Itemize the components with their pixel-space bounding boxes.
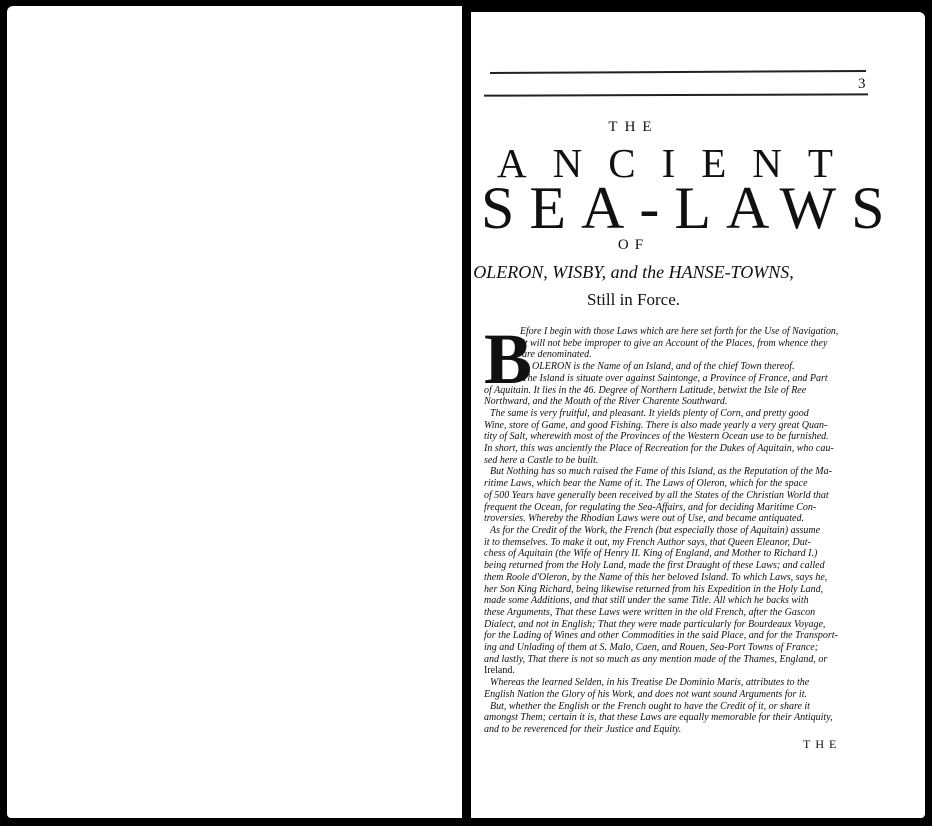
- text-line: chess of Aquitain (the Wife of Henry II.…: [484, 548, 817, 560]
- text-line: The same is very fruitful, and pleasant.…: [490, 408, 809, 420]
- text-line: troversies. Whereby the Rhodian Laws wer…: [484, 513, 804, 525]
- text-line: sed here a Castle to be built.: [484, 455, 598, 467]
- text-line: are denominated.: [522, 349, 592, 361]
- text-line: Dialect, and not in English; That they w…: [484, 619, 825, 631]
- page-number: 3: [858, 76, 866, 93]
- title-of: OF: [471, 237, 796, 254]
- text-line: But, whether the English or the French o…: [490, 701, 810, 713]
- title-places: OLERON, WISBY, and the HANSE-TOWNS,: [471, 262, 796, 283]
- text-line: for the Lading of Wines and other Commod…: [484, 630, 838, 642]
- text-line: As for the Credit of the Work, the Frenc…: [490, 525, 820, 537]
- text-line: The Island is situate over against Saint…: [522, 373, 828, 385]
- text-line: these Arguments, That these Laws were wr…: [484, 607, 815, 619]
- text-line: Whereas the learned Selden, in his Treat…: [490, 677, 809, 689]
- text-line: ritime Laws, which bear the Name of it. …: [484, 478, 808, 490]
- text-line: her Son King Richard, being likewise ret…: [484, 584, 823, 596]
- text-line: and lastly, That there is not so much as…: [484, 654, 827, 666]
- text-line: them Roole d'Oleron, by the Name of this…: [484, 572, 827, 584]
- text-line: it to themselves. To make it out, my Fre…: [484, 537, 811, 549]
- text-line: of 500 Years have generally been receive…: [484, 490, 829, 502]
- text-line: Northward, and the Mouth of the River Ch…: [484, 396, 727, 408]
- text-line: of Aquitain. It lies in the 46. Degree o…: [484, 385, 806, 397]
- left-page-blank: [7, 6, 462, 818]
- text-line: English Nation the Glory of his Work, an…: [484, 689, 807, 701]
- title-still-in-force: Still in Force.: [471, 290, 796, 310]
- text-line: and to be reverenced for their Justice a…: [484, 724, 681, 736]
- text-line: it will not bebe improper to give an Acc…: [522, 338, 827, 350]
- text-line: OLERON is the Name of an Island, and of …: [532, 361, 795, 373]
- title-the: THE: [471, 119, 796, 136]
- text-line: tity of Salt, wherewith most of the Prov…: [484, 431, 829, 443]
- text-line: amongst Them; certain it is, that these …: [484, 712, 833, 724]
- text-line: made some Additions, and that still unde…: [484, 595, 809, 607]
- text-line: frequent the Ocean, for regulating the S…: [484, 502, 816, 514]
- text-line: ing and Unlading of them at S. Malo, Cae…: [484, 642, 818, 654]
- text-line: Wine, store of Game, and good Fishing. T…: [484, 420, 827, 432]
- text-line: In short, this was anciently the Place o…: [484, 443, 834, 455]
- text-line: Ireland.: [484, 665, 515, 677]
- catchword: THE: [803, 737, 841, 752]
- text-line: being returned from the Holy Land, made …: [484, 560, 825, 572]
- text-line: But Nothing has so much raised the Fame …: [490, 466, 832, 478]
- text-line: Efore I begin with those Laws which are …: [520, 326, 833, 338]
- title-sea-laws: SEA-LAWS: [481, 178, 851, 238]
